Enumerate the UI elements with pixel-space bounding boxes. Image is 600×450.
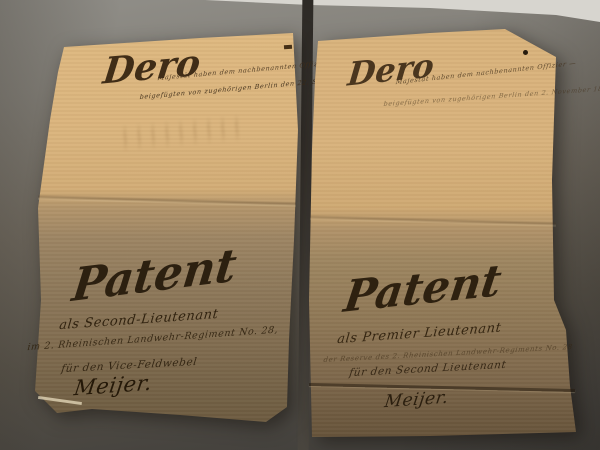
right-document-punch-hole xyxy=(523,50,528,55)
photo-of-two-documents: Dero Majestät haben dem nachbenannten Of… xyxy=(0,0,600,450)
